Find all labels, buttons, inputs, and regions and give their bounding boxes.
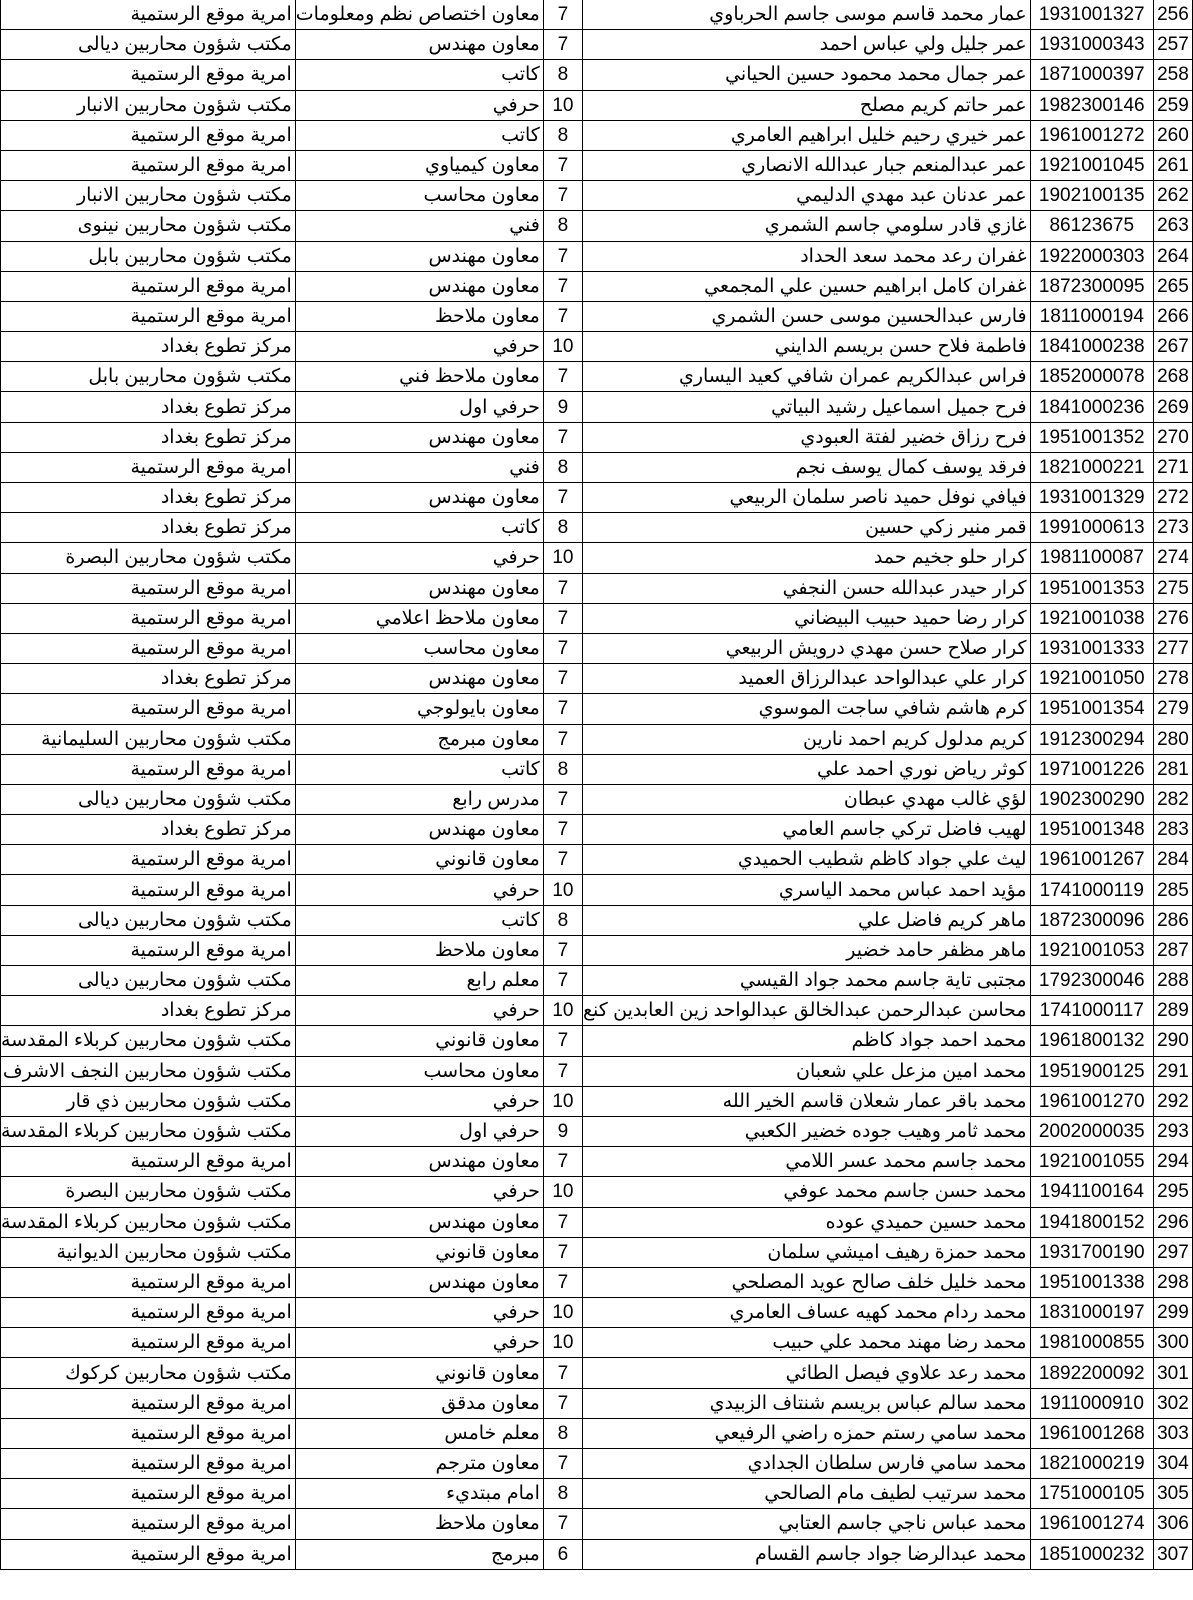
- row-number-cell: 263: [1153, 211, 1192, 241]
- job-title-cell: معاون قانوني: [295, 1358, 543, 1388]
- full-name-cell: غفران كامل ابراهيم حسين علي المجمعي: [582, 271, 1030, 301]
- full-name-cell: محمد عباس ناجي جاسم العتابي: [582, 1509, 1030, 1539]
- employee-id-cell: 1941800152: [1030, 1207, 1153, 1237]
- row-number-cell: 268: [1153, 362, 1192, 392]
- row-number-cell: 286: [1153, 905, 1192, 935]
- unit-cell: امرية موقع الرستمية: [1, 1147, 296, 1177]
- job-title-cell: معاون مهندس: [295, 483, 543, 513]
- row-number-cell: 285: [1153, 875, 1192, 905]
- job-title-cell: معاون مهندس: [295, 422, 543, 452]
- job-title-cell: معاون مهندس: [295, 815, 543, 845]
- row-number-cell: 283: [1153, 815, 1192, 845]
- employee-id-cell: 2002000035: [1030, 1116, 1153, 1146]
- unit-cell: مكتب شؤون محاربين البصرة: [1, 1177, 296, 1207]
- employee-id-cell: 1902300290: [1030, 784, 1153, 814]
- table-row: مركز تطوع بغداد كاتب 8 قمر منير زكي حسين…: [1, 513, 1193, 543]
- full-name-cell: محمد باقر عمار شعلان قاسم الخير الله: [582, 1086, 1030, 1116]
- table-row: امرية موقع الرستمية معاون محاسب 7 كرار ص…: [1, 633, 1193, 663]
- full-name-cell: كرار علي عبدالواحد عبدالرزاق العميد: [582, 664, 1030, 694]
- table-row: مكتب شؤون محاربين البصرة حرفي 10 كرار حل…: [1, 543, 1193, 573]
- full-name-cell: غفران رعد محمد سعد الحداد: [582, 241, 1030, 271]
- grade-cell: 8: [543, 211, 582, 241]
- grade-cell: 7: [543, 271, 582, 301]
- job-title-cell: معاون مهندس: [295, 271, 543, 301]
- full-name-cell: محمد سامي فارس سلطان الجدادي: [582, 1449, 1030, 1479]
- unit-cell: امرية موقع الرستمية: [1, 1539, 296, 1569]
- unit-cell: امرية موقع الرستمية: [1, 1509, 296, 1539]
- row-number-cell: 284: [1153, 845, 1192, 875]
- table-row: امرية موقع الرستمية حرفي 10 مؤيد احمد عب…: [1, 875, 1193, 905]
- unit-cell: امرية موقع الرستمية: [1, 1479, 296, 1509]
- full-name-cell: مؤيد احمد عباس محمد الياسري: [582, 875, 1030, 905]
- unit-cell: مكتب شؤون محاربين ديالى: [1, 30, 296, 60]
- table-row: امرية موقع الرستمية معاون ملاحظ 7 محمد ع…: [1, 1509, 1193, 1539]
- table-row: امرية موقع الرستمية معاون قانوني 7 ليث ع…: [1, 845, 1193, 875]
- job-title-cell: معاون ملاحظ: [295, 301, 543, 331]
- table-row: مكتب شؤون محاربين الانبار حرفي 10 عمر حا…: [1, 90, 1193, 120]
- unit-cell: مكتب شؤون محاربين نينوى: [1, 211, 296, 241]
- job-title-cell: معاون ملاحظ فني: [295, 362, 543, 392]
- row-number-cell: 257: [1153, 30, 1192, 60]
- row-number-cell: 279: [1153, 694, 1192, 724]
- job-title-cell: معاون قانوني: [295, 1026, 543, 1056]
- grade-cell: 10: [543, 332, 582, 362]
- job-title-cell: كاتب: [295, 60, 543, 90]
- job-title-cell: معلم رابع: [295, 966, 543, 996]
- grade-cell: 8: [543, 754, 582, 784]
- full-name-cell: محمد رعد علاوي فيصل الطائي: [582, 1358, 1030, 1388]
- unit-cell: مكتب شؤون محاربين بابل: [1, 362, 296, 392]
- unit-cell: مكتب شؤون محاربين كربلاء المقدسة: [1, 1026, 296, 1056]
- table-row: مكتب شؤون محاربين كربلاء المقدسة معاون م…: [1, 1207, 1193, 1237]
- grade-cell: 10: [543, 543, 582, 573]
- grade-cell: 10: [543, 1298, 582, 1328]
- table-row: مركز تطوع بغداد معاون مهندس 7 كرار علي ع…: [1, 664, 1193, 694]
- unit-cell: مكتب شؤون محاربين ذي قار: [1, 1086, 296, 1116]
- full-name-cell: محمد حسن جاسم محمد عوفي: [582, 1177, 1030, 1207]
- unit-cell: امرية موقع الرستمية: [1, 754, 296, 784]
- unit-cell: مكتب شؤون محاربين السليمانية: [1, 724, 296, 754]
- unit-cell: امرية موقع الرستمية: [1, 1418, 296, 1448]
- grade-cell: 10: [543, 875, 582, 905]
- employee-id-cell: 1911000910: [1030, 1388, 1153, 1418]
- grade-cell: 7: [543, 1056, 582, 1086]
- unit-cell: مكتب شؤون محاربين ديالى: [1, 905, 296, 935]
- full-name-cell: لؤي غالب مهدي عبطان: [582, 784, 1030, 814]
- grade-cell: 7: [543, 1358, 582, 1388]
- unit-cell: مكتب شؤون محاربين كركوك: [1, 1358, 296, 1388]
- table-row: امرية موقع الرستمية كاتب 8 عمر خيري رحيم…: [1, 120, 1193, 150]
- full-name-cell: فاطمة فلاح حسن بريسم الدايني: [582, 332, 1030, 362]
- job-title-cell: معاون محاسب: [295, 181, 543, 211]
- job-title-cell: معاون ملاحظ: [295, 935, 543, 965]
- grade-cell: 7: [543, 815, 582, 845]
- full-name-cell: محاسن عبدالرحمن عبدالخالق عبدالواحد زين …: [582, 996, 1030, 1026]
- employee-id-cell: 1821000219: [1030, 1449, 1153, 1479]
- row-number-cell: 292: [1153, 1086, 1192, 1116]
- grade-cell: 8: [543, 513, 582, 543]
- row-number-cell: 273: [1153, 513, 1192, 543]
- grade-cell: 7: [543, 784, 582, 814]
- grade-cell: 7: [543, 1026, 582, 1056]
- employee-id-cell: 1931700190: [1030, 1237, 1153, 1267]
- grade-cell: 7: [543, 150, 582, 180]
- unit-cell: امرية موقع الرستمية: [1, 120, 296, 150]
- employee-id-cell: 1921001055: [1030, 1147, 1153, 1177]
- employee-id-cell: 1951001348: [1030, 815, 1153, 845]
- employee-id-cell: 1931001327: [1030, 0, 1153, 30]
- table-row: مكتب شؤون محاربين ديالى مدرس رابع 7 لؤي …: [1, 784, 1193, 814]
- employee-id-cell: 1921001045: [1030, 150, 1153, 180]
- table-row: امرية موقع الرستمية معاون مترجم 7 محمد س…: [1, 1449, 1193, 1479]
- grade-cell: 7: [543, 603, 582, 633]
- job-title-cell: معاون مترجم: [295, 1449, 543, 1479]
- row-number-cell: 280: [1153, 724, 1192, 754]
- grade-cell: 7: [543, 1388, 582, 1418]
- employee-id-cell: 1951001338: [1030, 1267, 1153, 1297]
- unit-cell: مركز تطوع بغداد: [1, 815, 296, 845]
- row-number-cell: 299: [1153, 1298, 1192, 1328]
- grade-cell: 7: [543, 422, 582, 452]
- table-row: مكتب شؤون محاربين كربلاء المقدسة معاون ق…: [1, 1026, 1193, 1056]
- employee-id-cell: 1741000119: [1030, 875, 1153, 905]
- employee-id-cell: 1961001272: [1030, 120, 1153, 150]
- employee-id-cell: 1931000343: [1030, 30, 1153, 60]
- job-title-cell: معاون محاسب: [295, 633, 543, 663]
- full-name-cell: عمر عدنان عبد مهدي الدليمي: [582, 181, 1030, 211]
- full-name-cell: قمر منير زكي حسين: [582, 513, 1030, 543]
- unit-cell: امرية موقع الرستمية: [1, 603, 296, 633]
- grade-cell: 8: [543, 1479, 582, 1509]
- table-row: امرية موقع الرستمية امام مبتديء 8 محمد س…: [1, 1479, 1193, 1509]
- full-name-cell: عمر خيري رحيم خليل ابراهيم العامري: [582, 120, 1030, 150]
- full-name-cell: محمد خليل خلف صالح عويد المصلحي: [582, 1267, 1030, 1297]
- unit-cell: مركز تطوع بغداد: [1, 332, 296, 362]
- full-name-cell: عمر جليل ولي عباس احمد: [582, 30, 1030, 60]
- row-number-cell: 278: [1153, 664, 1192, 694]
- job-title-cell: مدرس رابع: [295, 784, 543, 814]
- row-number-cell: 262: [1153, 181, 1192, 211]
- job-title-cell: حرفي: [295, 1086, 543, 1116]
- grade-cell: 8: [543, 905, 582, 935]
- row-number-cell: 256: [1153, 0, 1192, 30]
- unit-cell: امرية موقع الرستمية: [1, 1449, 296, 1479]
- unit-cell: مركز تطوع بغداد: [1, 483, 296, 513]
- full-name-cell: محمد امين مزعل علي شعبان: [582, 1056, 1030, 1086]
- full-name-cell: فرح رزاق خضير لفتة العبودي: [582, 422, 1030, 452]
- table-row: مكتب شؤون محاربين كركوك معاون قانوني 7 م…: [1, 1358, 1193, 1388]
- grade-cell: 10: [543, 996, 582, 1026]
- unit-cell: مكتب شؤون محاربين ديالى: [1, 966, 296, 996]
- row-number-cell: 264: [1153, 241, 1192, 271]
- row-number-cell: 272: [1153, 483, 1192, 513]
- job-title-cell: كاتب: [295, 754, 543, 784]
- grade-cell: 7: [543, 935, 582, 965]
- unit-cell: امرية موقع الرستمية: [1, 452, 296, 482]
- full-name-cell: فراس عبدالكريم عمران شافي كعيد اليساري: [582, 362, 1030, 392]
- full-name-cell: مجتبى تاية جاسم محمد جواد القيسي: [582, 966, 1030, 996]
- grade-cell: 7: [543, 0, 582, 30]
- table-row: امرية موقع الرستمية مبرمج 6 محمد عبدالرض…: [1, 1539, 1193, 1569]
- employee-table-body: امرية موقع الرستمية معاون اختصاص نظم ومع…: [1, 0, 1193, 1569]
- job-title-cell: كاتب: [295, 905, 543, 935]
- employee-id-cell: 1951001353: [1030, 573, 1153, 603]
- row-number-cell: 282: [1153, 784, 1192, 814]
- job-title-cell: كاتب: [295, 513, 543, 543]
- full-name-cell: فرقد يوسف كمال يوسف نجم: [582, 452, 1030, 482]
- unit-cell: مكتب شؤون محاربين الانبار: [1, 90, 296, 120]
- employee-id-cell: 1811000194: [1030, 301, 1153, 331]
- table-row: امرية موقع الرستمية معاون ملاحظ اعلامي 7…: [1, 603, 1193, 633]
- grade-cell: 9: [543, 392, 582, 422]
- table-row: مكتب شؤون محاربين البصرة حرفي 10 محمد حس…: [1, 1177, 1193, 1207]
- employee-id-cell: 1961001270: [1030, 1086, 1153, 1116]
- grade-cell: 10: [543, 1177, 582, 1207]
- unit-cell: امرية موقع الرستمية: [1, 301, 296, 331]
- grade-cell: 7: [543, 1449, 582, 1479]
- job-title-cell: حرفي: [295, 1177, 543, 1207]
- full-name-cell: عمر حاتم كريم مصلح: [582, 90, 1030, 120]
- job-title-cell: حرفي اول: [295, 1116, 543, 1146]
- full-name-cell: محمد ردام محمد كهيه عساف العامري: [582, 1298, 1030, 1328]
- unit-cell: امرية موقع الرستمية: [1, 935, 296, 965]
- job-title-cell: معاون مهندس: [295, 1147, 543, 1177]
- table-row: مكتب شؤون محاربين ديالى كاتب 8 ماهر كريم…: [1, 905, 1193, 935]
- grade-cell: 7: [543, 966, 582, 996]
- table-row: مكتب شؤون محاربين الانبار معاون محاسب 7 …: [1, 181, 1193, 211]
- employee-id-cell: 1792300046: [1030, 966, 1153, 996]
- full-name-cell: عمر عبدالمنعم جبار عبدالله الانصاري: [582, 150, 1030, 180]
- employee-id-cell: 1871000397: [1030, 60, 1153, 90]
- grade-cell: 7: [543, 1509, 582, 1539]
- row-number-cell: 274: [1153, 543, 1192, 573]
- grade-cell: 7: [543, 664, 582, 694]
- unit-cell: امرية موقع الرستمية: [1, 1388, 296, 1418]
- table-row: مكتب شؤون محاربين كربلاء المقدسة حرفي او…: [1, 1116, 1193, 1146]
- employee-id-cell: 1921001038: [1030, 603, 1153, 633]
- full-name-cell: كريم مدلول كريم احمد نارين: [582, 724, 1030, 754]
- row-number-cell: 298: [1153, 1267, 1192, 1297]
- employee-id-cell: 1931001333: [1030, 633, 1153, 663]
- row-number-cell: 258: [1153, 60, 1192, 90]
- unit-cell: امرية موقع الرستمية: [1, 845, 296, 875]
- full-name-cell: عمار محمد قاسم موسى جاسم الحرباوي: [582, 0, 1030, 30]
- employee-table: امرية موقع الرستمية معاون اختصاص نظم ومع…: [0, 0, 1193, 1570]
- job-title-cell: معاون مهندس: [295, 664, 543, 694]
- grade-cell: 7: [543, 1267, 582, 1297]
- unit-cell: امرية موقع الرستمية: [1, 573, 296, 603]
- employee-id-cell: 1991000613: [1030, 513, 1153, 543]
- grade-cell: 10: [543, 90, 582, 120]
- employee-id-cell: 1741000117: [1030, 996, 1153, 1026]
- unit-cell: مكتب شؤون محاربين ديالى: [1, 784, 296, 814]
- row-number-cell: 304: [1153, 1449, 1192, 1479]
- full-name-cell: محمد احمد جواد كاظم: [582, 1026, 1030, 1056]
- grade-cell: 6: [543, 1539, 582, 1569]
- employee-id-cell: 1841000236: [1030, 392, 1153, 422]
- employee-id-cell: 1951001354: [1030, 694, 1153, 724]
- row-number-cell: 270: [1153, 422, 1192, 452]
- unit-cell: مركز تطوع بغداد: [1, 996, 296, 1026]
- full-name-cell: محمد جاسم محمد عسر اللامي: [582, 1147, 1030, 1177]
- grade-cell: 10: [543, 1328, 582, 1358]
- row-number-cell: 266: [1153, 301, 1192, 331]
- table-row: مركز تطوع بغداد حرفي اول 9 فرح جميل اسما…: [1, 392, 1193, 422]
- row-number-cell: 289: [1153, 996, 1192, 1026]
- table-row: امرية موقع الرستمية كاتب 8 كوثر رياض نور…: [1, 754, 1193, 784]
- row-number-cell: 297: [1153, 1237, 1192, 1267]
- employee-id-cell: 86123675: [1030, 211, 1153, 241]
- employee-id-cell: 1981100087: [1030, 543, 1153, 573]
- job-title-cell: معاون مهندس: [295, 241, 543, 271]
- row-number-cell: 302: [1153, 1388, 1192, 1418]
- grade-cell: 7: [543, 362, 582, 392]
- table-row: امرية موقع الرستمية كاتب 8 عمر جمال محمد…: [1, 60, 1193, 90]
- unit-cell: مركز تطوع بغداد: [1, 422, 296, 452]
- employee-id-cell: 1751000105: [1030, 1479, 1153, 1509]
- table-row: مكتب شؤون محاربين نينوى فني 8 غازي قادر …: [1, 211, 1193, 241]
- employee-id-cell: 1951900125: [1030, 1056, 1153, 1086]
- table-row: امرية موقع الرستمية معاون مهندس 7 غفران …: [1, 271, 1193, 301]
- employee-id-cell: 1961001268: [1030, 1418, 1153, 1448]
- employee-id-cell: 1892200092: [1030, 1358, 1153, 1388]
- grade-cell: 9: [543, 1116, 582, 1146]
- table-row: امرية موقع الرستمية معاون مهندس 7 محمد ج…: [1, 1147, 1193, 1177]
- full-name-cell: كرار رضا حميد حبيب البيضاني: [582, 603, 1030, 633]
- employee-id-cell: 1852000078: [1030, 362, 1153, 392]
- job-title-cell: معاون قانوني: [295, 845, 543, 875]
- job-title-cell: معاون محاسب: [295, 1056, 543, 1086]
- table-row: امرية موقع الرستمية فني 8 فرقد يوسف كمال…: [1, 452, 1193, 482]
- row-number-cell: 294: [1153, 1147, 1192, 1177]
- row-number-cell: 300: [1153, 1328, 1192, 1358]
- table-row: امرية موقع الرستمية معلم خامس 8 محمد سام…: [1, 1418, 1193, 1448]
- grade-cell: 7: [543, 483, 582, 513]
- row-number-cell: 277: [1153, 633, 1192, 663]
- table-row: مكتب شؤون محاربين ديالى معاون مهندس 7 عم…: [1, 30, 1193, 60]
- grade-cell: 7: [543, 241, 582, 271]
- table-row: امرية موقع الرستمية معاون مهندس 7 محمد خ…: [1, 1267, 1193, 1297]
- row-number-cell: 295: [1153, 1177, 1192, 1207]
- row-number-cell: 296: [1153, 1207, 1192, 1237]
- row-number-cell: 305: [1153, 1479, 1192, 1509]
- grade-cell: 7: [543, 724, 582, 754]
- grade-cell: 8: [543, 452, 582, 482]
- unit-cell: امرية موقع الرستمية: [1, 633, 296, 663]
- unit-cell: مكتب شؤون محاربين البصرة: [1, 543, 296, 573]
- table-row: امرية موقع الرستمية حرفي 10 محمد ردام مح…: [1, 1298, 1193, 1328]
- full-name-cell: لهيب فاضل تركي جاسم العامي: [582, 815, 1030, 845]
- row-number-cell: 303: [1153, 1418, 1192, 1448]
- grade-cell: 7: [543, 1207, 582, 1237]
- grade-cell: 8: [543, 1418, 582, 1448]
- full-name-cell: كرار صلاح حسن مهدي درويش الربيعي: [582, 633, 1030, 663]
- job-title-cell: فني: [295, 452, 543, 482]
- job-title-cell: معلم خامس: [295, 1418, 543, 1448]
- full-name-cell: كرم هاشم شافي ساجت الموسوي: [582, 694, 1030, 724]
- full-name-cell: محمد ثامر وهيب جوده خضير الكعبي: [582, 1116, 1030, 1146]
- table-row: مركز تطوع بغداد معاون مهندس 7 فيافي نوفل…: [1, 483, 1193, 513]
- row-number-cell: 281: [1153, 754, 1192, 784]
- full-name-cell: محمد رضا مهند محمد علي حبيب: [582, 1328, 1030, 1358]
- job-title-cell: معاون ملاحظ اعلامي: [295, 603, 543, 633]
- job-title-cell: معاون مهندس: [295, 1207, 543, 1237]
- full-name-cell: ماهر كريم فاضل علي: [582, 905, 1030, 935]
- row-number-cell: 301: [1153, 1358, 1192, 1388]
- employee-id-cell: 1872300095: [1030, 271, 1153, 301]
- row-number-cell: 276: [1153, 603, 1192, 633]
- grade-cell: 7: [543, 573, 582, 603]
- employee-id-cell: 1841000238: [1030, 332, 1153, 362]
- table-row: مركز تطوع بغداد حرفي 10 محاسن عبدالرحمن …: [1, 996, 1193, 1026]
- job-title-cell: حرفي: [295, 875, 543, 905]
- row-number-cell: 306: [1153, 1509, 1192, 1539]
- job-title-cell: كاتب: [295, 120, 543, 150]
- unit-cell: مكتب شؤون محاربين الديوانية: [1, 1237, 296, 1267]
- row-number-cell: 259: [1153, 90, 1192, 120]
- full-name-cell: محمد حسين حميدي عوده: [582, 1207, 1030, 1237]
- employee-id-cell: 1981000855: [1030, 1328, 1153, 1358]
- unit-cell: مكتب شؤون محاربين النجف الاشرف: [1, 1056, 296, 1086]
- employee-id-cell: 1872300096: [1030, 905, 1153, 935]
- employee-id-cell: 1902100135: [1030, 181, 1153, 211]
- employee-id-cell: 1831000197: [1030, 1298, 1153, 1328]
- unit-cell: مكتب شؤون محاربين كربلاء المقدسة: [1, 1207, 296, 1237]
- grade-cell: 8: [543, 120, 582, 150]
- unit-cell: امرية موقع الرستمية: [1, 60, 296, 90]
- grade-cell: 7: [543, 633, 582, 663]
- row-number-cell: 291: [1153, 1056, 1192, 1086]
- grade-cell: 7: [543, 181, 582, 211]
- table-row: مكتب شؤون محاربين السليمانية معاون مبرمج…: [1, 724, 1193, 754]
- table-row: مكتب شؤون محاربين ديالى معلم رابع 7 مجتب…: [1, 966, 1193, 996]
- table-row: امرية موقع الرستمية معاون مدقق 7 محمد سا…: [1, 1388, 1193, 1418]
- row-number-cell: 269: [1153, 392, 1192, 422]
- employee-id-cell: 1941100164: [1030, 1177, 1153, 1207]
- employee-id-cell: 1912300294: [1030, 724, 1153, 754]
- unit-cell: مركز تطوع بغداد: [1, 664, 296, 694]
- full-name-cell: كوثر رياض نوري احمد علي: [582, 754, 1030, 784]
- employee-id-cell: 1821000221: [1030, 452, 1153, 482]
- unit-cell: امرية موقع الرستمية: [1, 1328, 296, 1358]
- full-name-cell: ماهر مظفر حامد خضير: [582, 935, 1030, 965]
- row-number-cell: 261: [1153, 150, 1192, 180]
- grade-cell: 7: [543, 1237, 582, 1267]
- employee-id-cell: 1951001352: [1030, 422, 1153, 452]
- job-title-cell: حرفي: [295, 1328, 543, 1358]
- employee-id-cell: 1922000303: [1030, 241, 1153, 271]
- unit-cell: مركز تطوع بغداد: [1, 513, 296, 543]
- job-title-cell: معاون كيمياوي: [295, 150, 543, 180]
- job-title-cell: فني: [295, 211, 543, 241]
- employee-id-cell: 1921001053: [1030, 935, 1153, 965]
- full-name-cell: محمد سامي رستم حمزه راضي الرفيعي: [582, 1418, 1030, 1448]
- table-row: امرية موقع الرستمية حرفي 10 محمد رضا مهن…: [1, 1328, 1193, 1358]
- job-title-cell: معاون مهندس: [295, 573, 543, 603]
- full-name-cell: فيافي نوفل حميد ناصر سلمان الربيعي: [582, 483, 1030, 513]
- employee-id-cell: 1982300146: [1030, 90, 1153, 120]
- unit-cell: مركز تطوع بغداد: [1, 392, 296, 422]
- unit-cell: امرية موقع الرستمية: [1, 271, 296, 301]
- full-name-cell: محمد سالم عباس بريسم شنتاف الزبيدي: [582, 1388, 1030, 1418]
- full-name-cell: فرح جميل اسماعيل رشيد البياتي: [582, 392, 1030, 422]
- row-number-cell: 290: [1153, 1026, 1192, 1056]
- grade-cell: 7: [543, 1147, 582, 1177]
- employee-id-cell: 1931001329: [1030, 483, 1153, 513]
- row-number-cell: 287: [1153, 935, 1192, 965]
- row-number-cell: 288: [1153, 966, 1192, 996]
- unit-cell: امرية موقع الرستمية: [1, 1267, 296, 1297]
